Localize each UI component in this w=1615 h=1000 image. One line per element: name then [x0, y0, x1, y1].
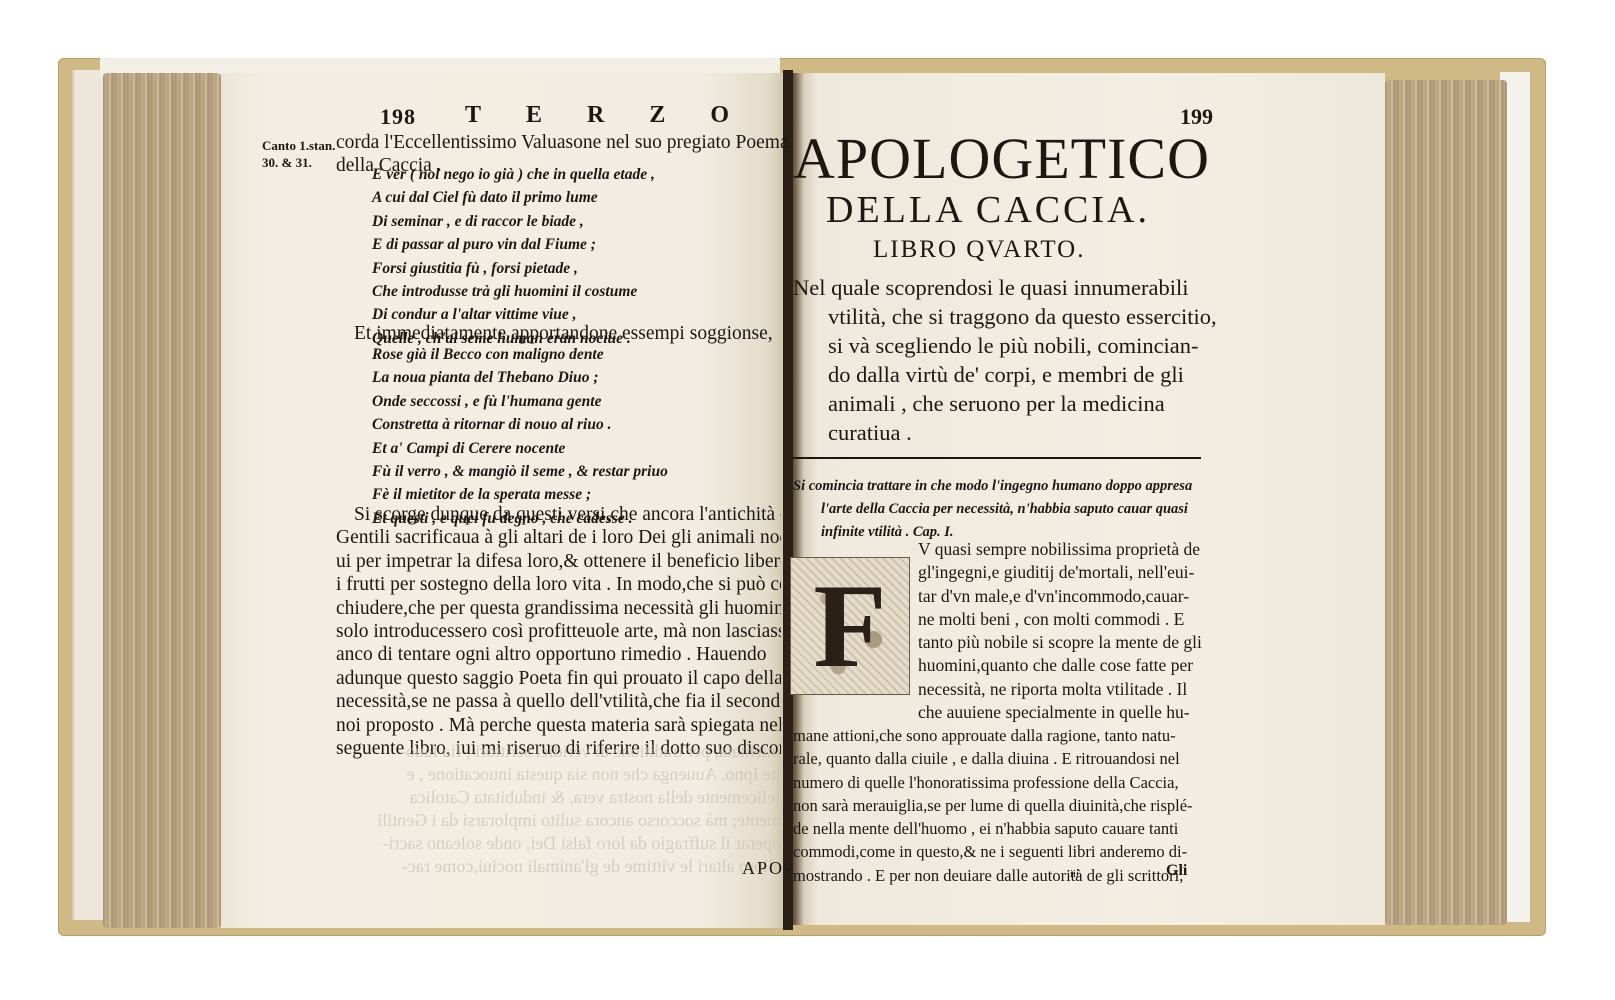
text-line: chiudere,che per questa grandissima nece…	[336, 597, 781, 620]
horizontal-rule	[793, 457, 1201, 459]
verse-line: A cui dal Ciel fù dato il primo lume	[372, 186, 655, 209]
transition-line: Et immediatamente apportandone essempi s…	[354, 322, 773, 345]
summary-line: Nel quale scoprendosi le quasi innumerab…	[793, 273, 1217, 302]
ghost-line: felicemente della nostra vera, & indubit…	[336, 786, 781, 809]
body-paragraph: Si scorge dunque da questi versi,che anc…	[336, 503, 781, 760]
verse-line: Et a' Campi di Cerere nocente	[372, 437, 668, 460]
page-edges-left	[103, 73, 221, 928]
text-line: adunque questo saggio Poeta fin qui prou…	[336, 667, 781, 690]
text-line: tanto più nobile si scopre la mente de g…	[918, 631, 1202, 654]
text-line: gl'ingegni,e giuditij de'mortali, nell'e…	[918, 561, 1202, 584]
summary-line: animali , che seruono per la medicina	[793, 389, 1217, 418]
text-line: che auuiene specialmente in quelle hu-	[918, 701, 1202, 724]
ghost-line: operar il suffragio da loro falsi Dei, o…	[336, 832, 781, 855]
signature-mark: iii	[1070, 868, 1079, 880]
verse-line: Constretta à ritornar di nouo al riuo .	[372, 413, 668, 436]
ghost-line: intentata, per traditione di veridici sc…	[336, 740, 781, 763]
verse-line: Rose già il Becco con maligno dente	[372, 343, 668, 366]
text-line: huomini,quanto che dalle cose fatte per	[918, 654, 1202, 677]
body-beside-initial: V quasi sempre nobilissima proprietà de …	[918, 538, 1202, 724]
text-line: ne molti beni , con molti commodi . E	[918, 608, 1202, 631]
running-title: T E R Z O	[465, 102, 730, 129]
summary-line: si và scegliendo le più nobili, comincia…	[793, 331, 1217, 360]
heading-line: l'arte della Caccia per necessità, n'hab…	[793, 498, 1192, 521]
text-line: non sarà merauiglia,se per lume di quell…	[793, 794, 1193, 817]
verse-line: Di seminar , e di raccor le biade ,	[372, 210, 655, 233]
text-line: solo introducessero così profitteuole ar…	[336, 620, 781, 643]
text-line: de nella mente dell'huomo , ei n'habbia …	[793, 817, 1193, 840]
verse-line: Onde seccossi , e fù l'humana gente	[372, 390, 668, 413]
text-line: corda l'Eccellentissimo Valuasone nel su…	[336, 131, 789, 154]
summary-line: curatiua .	[793, 418, 1217, 447]
ghost-line: ite Ipno. Auuenga che non sia questa inu…	[336, 763, 781, 786]
show-through-paragraph: intentata, per traditione di veridici sc…	[336, 740, 781, 878]
margin-note-line: Canto 1.stan.	[262, 137, 335, 154]
text-line: necessità,se ne passa à quello dell'vtil…	[336, 690, 781, 713]
body-full-width: mane attioni,che sono approuate dalla ra…	[793, 724, 1193, 887]
heading-line: Si comincia trattare in che modo l'ingeg…	[793, 475, 1192, 498]
text-line: V quasi sempre nobilissima proprietà de	[918, 538, 1202, 561]
text-line: mane attioni,che sono approuate dalla ra…	[793, 724, 1193, 747]
verse-line: Forsi giustitia fù , forsi pietade ,	[372, 257, 655, 280]
margin-note: Canto 1.stan. 30. & 31.	[262, 137, 335, 171]
verse-line: La noua pianta del Thebano Diuo ;	[372, 366, 668, 389]
text-line: anco di tentare ogni altro opportuno rim…	[336, 643, 781, 666]
page-edges-right	[1385, 80, 1507, 925]
verse-line: E ver ( nol nego io già ) che in quella …	[372, 163, 655, 186]
text-line: Gentili sacrificaua à gli altari de i lo…	[336, 526, 781, 549]
running-title-letter: E	[526, 102, 543, 129]
text-line: rale, quanto dalla ciuile , e dalla diui…	[793, 747, 1193, 770]
ghost-line: mente; mà soccorso ancora sulito implora…	[336, 809, 781, 832]
running-title-letter: Z	[649, 102, 666, 129]
chapter-heading: Si comincia trattare in che modo l'ingeg…	[793, 475, 1192, 544]
verse-line: E di passar al puro vin dal Fiume ;	[372, 233, 655, 256]
text-line: ui per impetrar la difesa loro,& ottener…	[336, 550, 781, 573]
text-line: noi proposto . Mà perche questa materia …	[336, 714, 781, 737]
verse-line: Fù il verro , & mangiò il seme , & resta…	[372, 460, 668, 483]
text-line: Si scorge dunque da questi versi,che anc…	[336, 503, 781, 526]
running-title-letter: R	[587, 102, 605, 129]
catchword-left: APO-	[742, 858, 792, 879]
page-number-left: 198	[380, 104, 416, 130]
text-line: i frutti per sostegno della loro vita . …	[336, 573, 781, 596]
catchword-right: Gli	[1166, 862, 1187, 880]
text-line: mostrando . E per non deuiare dalle auto…	[793, 864, 1193, 887]
margin-note-line: 30. & 31.	[262, 154, 335, 171]
book-gutter	[783, 70, 793, 930]
summary-line: do dalla virtù de' corpi, e membri de gl…	[793, 360, 1217, 389]
text-line: tar d'vn male,e d'vn'incommodo,cauar-	[918, 585, 1202, 608]
text-line: commodi,come in questo,& ne i seguenti l…	[793, 840, 1193, 863]
book-summary: Nel quale scoprendosi le quasi innumerab…	[793, 273, 1217, 447]
verse-line: Che introdusse trà gli huomini il costum…	[372, 280, 655, 303]
ghost-line: alloro altari le vittime de gl'animali n…	[336, 855, 781, 878]
summary-line: vtilità, che si traggono da questo esser…	[793, 302, 1217, 331]
decorated-initial: F	[790, 557, 910, 695]
running-title-letter: O	[710, 102, 730, 129]
running-title-letter: T	[465, 102, 482, 129]
chapter-subtitle: DELLA CACCIA.	[826, 188, 1150, 232]
text-line: necessità, ne riporta molta vtilitade . …	[918, 678, 1202, 701]
chapter-title: APOLOGETICO	[793, 126, 1210, 192]
book-number: LIBRO QVARTO.	[873, 236, 1086, 264]
text-line: numero di quelle l'honoratissima profess…	[793, 771, 1193, 794]
